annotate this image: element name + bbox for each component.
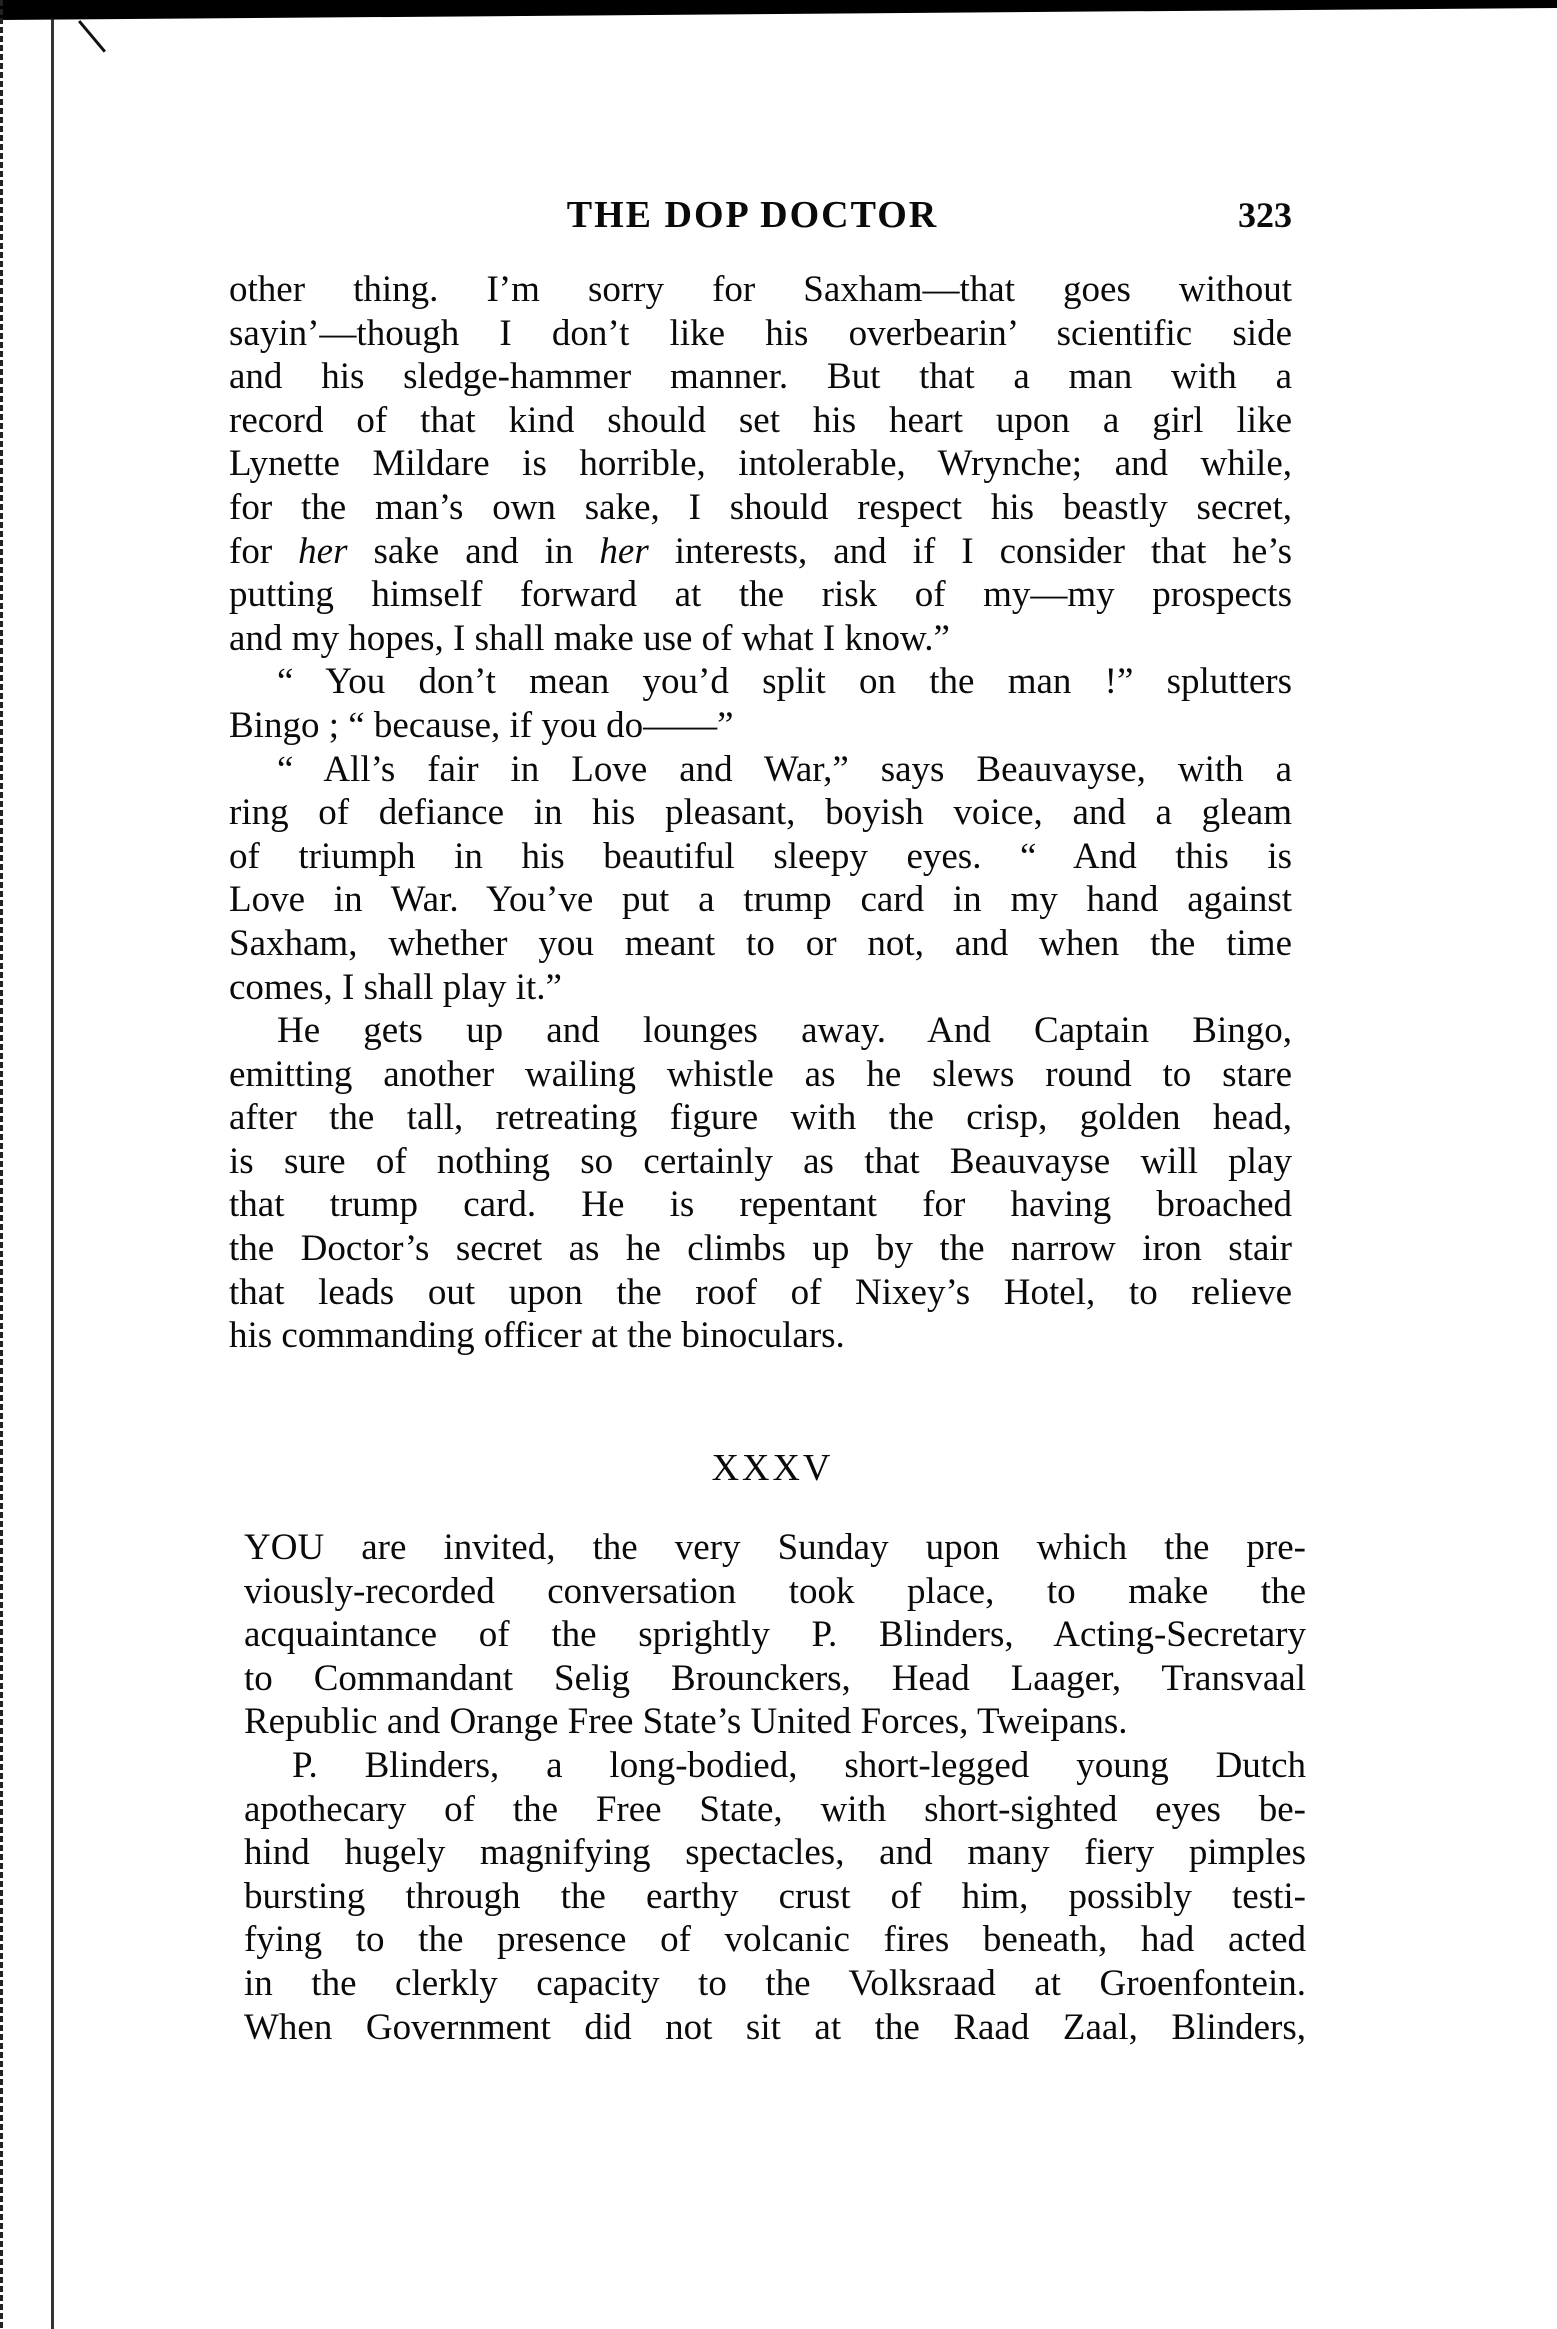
scan-border-left	[0, 0, 3, 2329]
chapter-heading: XXXV	[0, 1446, 1557, 1491]
text-line: ring of defiance in his pleasant, boyish…	[229, 791, 1292, 835]
text-line: Lynette Mildare is horrible, intolerable…	[229, 442, 1292, 486]
text-line: viously-recorded conversation took place…	[244, 1570, 1306, 1614]
text-line: in the clerkly capacity to the Volksraad…	[244, 1962, 1306, 2006]
italic-word: her	[298, 531, 347, 572]
scan-border-top	[0, 0, 1557, 20]
text-line: that trump card. He is repentant for hav…	[229, 1183, 1292, 1227]
text-line: Republic and Orange Free State’s United …	[244, 1700, 1306, 1744]
text-line: emitting another wailing whistle as he s…	[229, 1053, 1292, 1097]
text-line: is sure of nothing so certainly as that …	[229, 1140, 1292, 1184]
text-line: after the tall, retreating figure with t…	[229, 1096, 1292, 1140]
text-line: comes, I shall play it.”	[229, 966, 1292, 1010]
text-fragment: interests, and if I consider that he’s	[649, 531, 1292, 572]
chapter-number: XXXV	[712, 1446, 834, 1491]
text-line: hind hugely magnifying spectacles, and m…	[244, 1831, 1306, 1875]
text-line: Bingo ; “ because, if you do——”	[229, 704, 1292, 748]
text-line: He gets up and lounges away. And Captain…	[229, 1009, 1292, 1053]
text-line: putting himself forward at the risk of m…	[229, 573, 1292, 617]
text-line-with-italics: for her sake and in her interests, and i…	[229, 530, 1292, 574]
body-text-section-1: other thing. I’m sorry for Saxham—that g…	[229, 268, 1292, 1358]
text-line: sayin’—though I don’t like his overbeari…	[229, 312, 1292, 356]
text-line: acquaintance of the sprightly P. Blinder…	[244, 1613, 1306, 1657]
text-line: and his sledge-hammer manner. But that a…	[229, 355, 1292, 399]
text-line: that leads out upon the roof of Nixey’s …	[229, 1271, 1292, 1315]
text-line: record of that kind should set his heart…	[229, 399, 1292, 443]
text-line: of triumph in his beautiful sleepy eyes.…	[229, 835, 1292, 879]
page-number: 323	[1228, 193, 1292, 238]
text-fragment: sake and in	[347, 531, 599, 572]
text-line: apothecary of the Free State, with short…	[244, 1788, 1306, 1832]
text-line: fying to the presence of volcanic fires …	[244, 1918, 1306, 1962]
text-line: bursting through the earthy crust of him…	[244, 1875, 1306, 1919]
text-line: P. Blinders, a long-bodied, short-legged…	[244, 1744, 1306, 1788]
text-line: other thing. I’m sorry for Saxham—that g…	[229, 268, 1292, 312]
scan-gutter-line	[51, 18, 54, 2329]
italic-word: her	[599, 531, 648, 572]
running-title: THE DOP DOCTOR	[555, 193, 950, 238]
text-line: his commanding officer at the binoculars…	[229, 1314, 1292, 1358]
text-line: “ You don’t mean you’d split on the man …	[229, 660, 1292, 704]
body-text-section-2: YOU are invited, the very Sunday upon wh…	[244, 1526, 1306, 2049]
text-line: for the man’s own sake, I should respect…	[229, 486, 1292, 530]
text-line: “ All’s fair in Love and War,” says Beau…	[229, 748, 1292, 792]
text-line: When Government did not sit at the Raad …	[244, 2006, 1306, 2050]
text-line: to Commandant Selig Brounckers, Head Laa…	[244, 1657, 1306, 1701]
text-line: and my hopes, I shall make use of what I…	[229, 617, 1292, 661]
text-line: the Doctor’s secret as he climbs up by t…	[229, 1227, 1292, 1271]
text-line: YOU are invited, the very Sunday upon wh…	[244, 1526, 1306, 1570]
text-line: Love in War. You’ve put a trump card in …	[229, 878, 1292, 922]
scan-artifact	[78, 20, 106, 53]
running-head: THE DOP DOCTOR 323	[0, 193, 1557, 238]
text-fragment: for	[229, 531, 298, 572]
text-line: Saxham, whether you meant to or not, and…	[229, 922, 1292, 966]
